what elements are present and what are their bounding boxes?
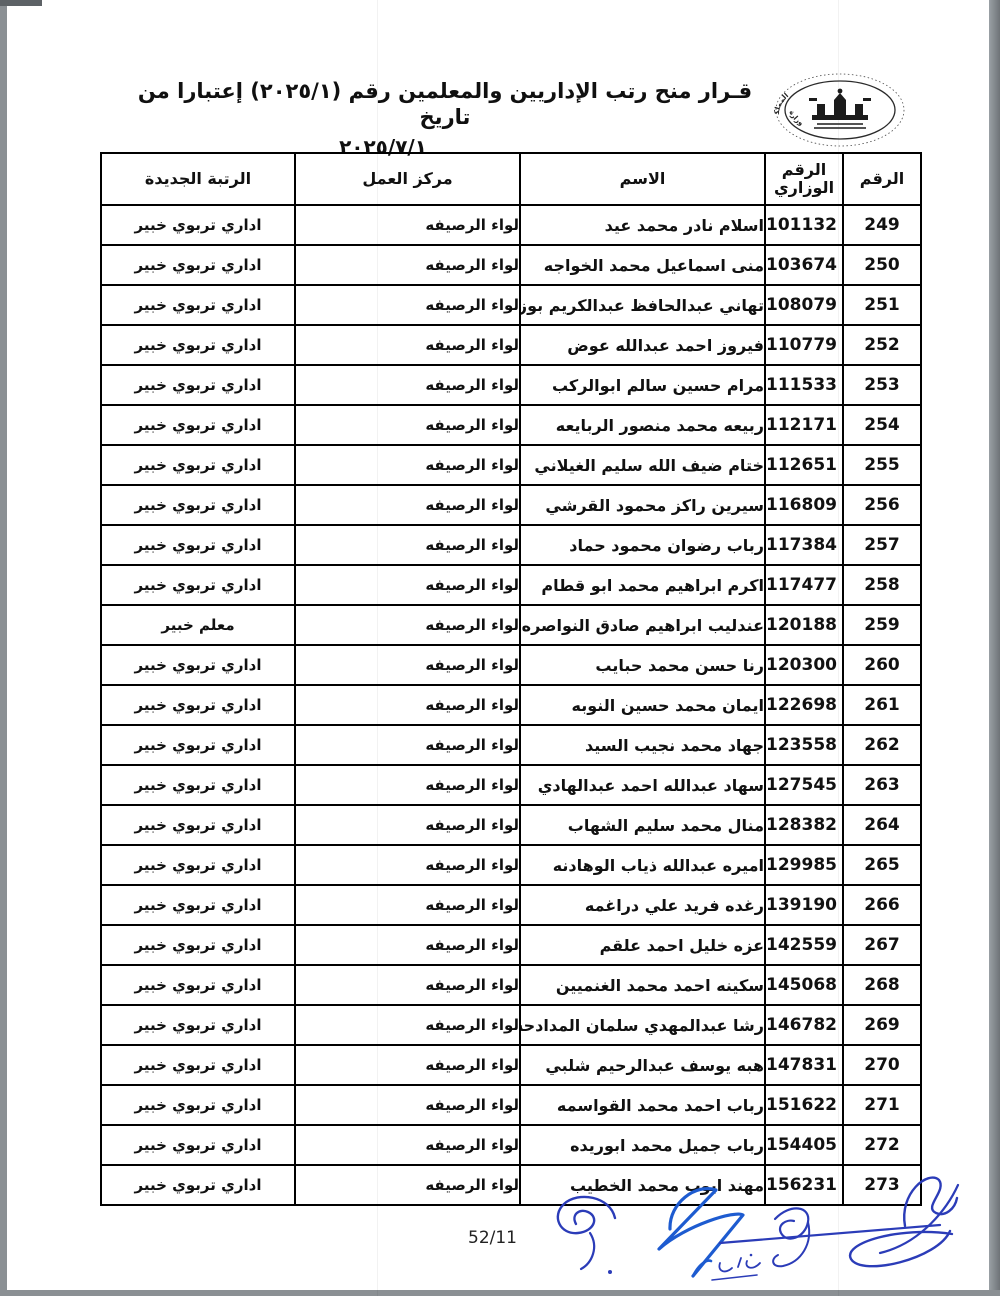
name-cell: سيرين راكز محمود القرشي — [520, 485, 765, 525]
header-row-number: الرقم — [843, 153, 921, 205]
work-center-cell: لواء الرصيفه — [295, 725, 520, 765]
work-center-cell: لواء الرصيفه — [295, 525, 520, 565]
new-rank-cell: اداري تربوي خبير — [101, 725, 295, 765]
name-cell: جهاد محمد نجيب السيد — [520, 725, 765, 765]
name-cell: اكرم ابراهيم محمد ابو قطام — [520, 565, 765, 605]
ministry-number-cell: 112651 — [765, 445, 843, 485]
table-row: 249 101132 اسلام نادر محمد عيد لواء الرص… — [101, 205, 921, 245]
ministry-number-cell: 123558 — [765, 725, 843, 765]
page-edge-right — [989, 0, 1000, 1296]
row-number-cell: 255 — [843, 445, 921, 485]
row-number-cell: 254 — [843, 405, 921, 445]
work-center-cell: لواء الرصيفه — [295, 1045, 520, 1085]
new-rank-cell: اداري تربوي خبير — [101, 765, 295, 805]
new-rank-cell: معلم خبير — [101, 605, 295, 645]
row-number-cell: 269 — [843, 1005, 921, 1045]
new-rank-cell: اداري تربوي خبير — [101, 685, 295, 725]
new-rank-cell: اداري تربوي خبير — [101, 645, 295, 685]
row-number-cell: 260 — [843, 645, 921, 685]
new-rank-cell: اداري تربوي خبير — [101, 325, 295, 365]
row-number-cell: 270 — [843, 1045, 921, 1085]
row-number-cell: 262 — [843, 725, 921, 765]
new-rank-cell: اداري تربوي خبير — [101, 365, 295, 405]
work-center-cell: لواء الرصيفه — [295, 1005, 520, 1045]
table-row: 255 112651 ختام ضيف الله سليم الغيلاني ل… — [101, 445, 921, 485]
ministry-number-cell: 103674 — [765, 245, 843, 285]
row-number-cell: 261 — [843, 685, 921, 725]
row-number-cell: 249 — [843, 205, 921, 245]
new-rank-cell: اداري تربوي خبير — [101, 805, 295, 845]
page-number: 52/11 — [468, 1228, 517, 1248]
signature-ink — [520, 1163, 990, 1293]
document-title: قـرار منح رتب الإداريين والمعلمين رقم (٢… — [138, 79, 752, 129]
ministry-number-cell: 127545 — [765, 765, 843, 805]
name-cell: تهاني عبدالحافظ عبدالكريم بوزيه — [520, 285, 765, 325]
work-center-cell: لواء الرصيفه — [295, 805, 520, 845]
new-rank-cell: اداري تربوي خبير — [101, 405, 295, 445]
row-number-cell: 252 — [843, 325, 921, 365]
table-row: 263 127545 سهاد عبدالله احمد عبدالهادي ل… — [101, 765, 921, 805]
row-number-cell: 263 — [843, 765, 921, 805]
new-rank-cell: اداري تربوي خبير — [101, 845, 295, 885]
name-cell: رنا حسن محمد حبايب — [520, 645, 765, 685]
name-cell: عندليب ابراهيم صادق النواصره — [520, 605, 765, 645]
work-center-cell: لواء الرصيفه — [295, 485, 520, 525]
table-row: 260 120300 رنا حسن محمد حبايب لواء الرصي… — [101, 645, 921, 685]
table-row: 266 139190 رغده فريد علي دراغمه لواء الر… — [101, 885, 921, 925]
work-center-cell: لواء الرصيفه — [295, 565, 520, 605]
work-center-cell: لواء الرصيفه — [295, 765, 520, 805]
new-rank-cell: اداري تربوي خبير — [101, 245, 295, 285]
new-rank-cell: اداري تربوي خبير — [101, 885, 295, 925]
new-rank-cell: اداري تربوي خبير — [101, 925, 295, 965]
name-cell: رشا عبدالمهدي سلمان المدادحه — [520, 1005, 765, 1045]
new-rank-cell: اداري تربوي خبير — [101, 965, 295, 1005]
row-number-cell: 259 — [843, 605, 921, 645]
header-name: الاسم — [520, 153, 765, 205]
ministry-number-cell: 120188 — [765, 605, 843, 645]
table-row: 254 112171 ربيعه محمد منصور الربايعه لوا… — [101, 405, 921, 445]
work-center-cell: لواء الرصيفه — [295, 925, 520, 965]
ministry-number-cell: 112171 — [765, 405, 843, 445]
row-number-cell: 253 — [843, 365, 921, 405]
ministry-number-cell: 122698 — [765, 685, 843, 725]
ministry-number-cell: 142559 — [765, 925, 843, 965]
table-row: 269 146782 رشا عبدالمهدي سلمان المدادحه … — [101, 1005, 921, 1045]
row-number-cell: 251 — [843, 285, 921, 325]
ministry-number-cell: 128382 — [765, 805, 843, 845]
ministry-number-cell: 154405 — [765, 1125, 843, 1165]
table-row: 252 110779 فيروز احمد عبدالله عوض لواء ا… — [101, 325, 921, 365]
table-body: 249 101132 اسلام نادر محمد عيد لواء الرص… — [101, 205, 921, 1205]
row-number-cell: 267 — [843, 925, 921, 965]
name-cell: رباب رضوان محمود حماد — [520, 525, 765, 565]
table-row: 265 129985 اميره عبدالله ذياب الوهادنه ل… — [101, 845, 921, 885]
ministry-number-cell: 145068 — [765, 965, 843, 1005]
name-cell: رباب احمد محمد القواسمه — [520, 1085, 765, 1125]
row-number-cell: 258 — [843, 565, 921, 605]
name-cell: اسلام نادر محمد عيد — [520, 205, 765, 245]
row-number-cell: 268 — [843, 965, 921, 1005]
table-row: 272 154405 رباب جميل محمد ابوريده لواء ا… — [101, 1125, 921, 1165]
table-row: 270 147831 هبه يوسف عبدالرحيم شلبي لواء … — [101, 1045, 921, 1085]
table-row: 258 117477 اكرم ابراهيم محمد ابو قطام لو… — [101, 565, 921, 605]
work-center-cell: لواء الرصيفه — [295, 365, 520, 405]
name-cell: اميره عبدالله ذياب الوهادنه — [520, 845, 765, 885]
new-rank-cell: اداري تربوي خبير — [101, 1005, 295, 1045]
name-cell: سكينه احمد محمد الغنميين — [520, 965, 765, 1005]
row-number-cell: 250 — [843, 245, 921, 285]
name-cell: منى اسماعيل محمد الخواجه — [520, 245, 765, 285]
name-cell: رباب جميل محمد ابوريده — [520, 1125, 765, 1165]
work-center-cell: لواء الرصيفه — [295, 205, 520, 245]
work-center-cell: لواء الرصيفه — [295, 1085, 520, 1125]
new-rank-cell: اداري تربوي خبير — [101, 1165, 295, 1205]
work-center-cell: لواء الرصيفه — [295, 605, 520, 645]
table-row: 268 145068 سكينه احمد محمد الغنميين لواء… — [101, 965, 921, 1005]
table-row: 259 120188 عندليب ابراهيم صادق النواصره … — [101, 605, 921, 645]
name-cell: سهاد عبدالله احمد عبدالهادي — [520, 765, 765, 805]
ministry-number-cell: 110779 — [765, 325, 843, 365]
name-cell: منال محمد سليم الشهاب — [520, 805, 765, 845]
new-rank-cell: اداري تربوي خبير — [101, 1085, 295, 1125]
ministry-number-cell: 147831 — [765, 1045, 843, 1085]
ministry-number-cell: 151622 — [765, 1085, 843, 1125]
table-row: 256 116809 سيرين راكز محمود القرشي لواء … — [101, 485, 921, 525]
page-edge-left — [0, 0, 7, 1296]
ministry-number-cell: 117477 — [765, 565, 843, 605]
work-center-cell: لواء الرصيفه — [295, 405, 520, 445]
work-center-cell: لواء الرصيفه — [295, 885, 520, 925]
table-row: 267 142559 عزه خليل احمد علقم لواء الرصي… — [101, 925, 921, 965]
document-title-block: قـرار منح رتب الإداريين والمعلمين رقم (٢… — [120, 78, 770, 160]
ministry-number-cell: 101132 — [765, 205, 843, 245]
table-row: 261 122698 ايمان محمد حسين النوبه لواء ا… — [101, 685, 921, 725]
emblem-ring-text-top: المملكة الاردنية الهاشمية — [765, 68, 790, 116]
ministry-number-cell: 146782 — [765, 1005, 843, 1045]
emblem-crown — [809, 89, 871, 120]
svg-text:المملكة الاردنية الهاشمية: المملكة الاردنية الهاشمية — [765, 68, 790, 116]
work-center-cell: لواء الرصيفه — [295, 325, 520, 365]
new-rank-cell: اداري تربوي خبير — [101, 445, 295, 485]
name-cell: ايمان محمد حسين النوبه — [520, 685, 765, 725]
ministry-number-cell: 116809 — [765, 485, 843, 525]
table-row: 264 128382 منال محمد سليم الشهاب لواء ال… — [101, 805, 921, 845]
ministry-emblem-icon: المملكة الاردنية الهاشمية وزارة التربية … — [765, 68, 915, 152]
new-rank-cell: اداري تربوي خبير — [101, 1045, 295, 1085]
work-center-cell: لواء الرصيفه — [295, 685, 520, 725]
table-row: 253 111533 مرام حسين سالم ابوالركب لواء … — [101, 365, 921, 405]
new-rank-cell: اداري تربوي خبير — [101, 525, 295, 565]
row-number-cell: 264 — [843, 805, 921, 845]
table-row: 257 117384 رباب رضوان محمود حماد لواء ال… — [101, 525, 921, 565]
ministry-number-cell: 129985 — [765, 845, 843, 885]
ministry-number-cell: 139190 — [765, 885, 843, 925]
row-number-cell: 266 — [843, 885, 921, 925]
row-number-cell: 257 — [843, 525, 921, 565]
table-row: 271 151622 رباب احمد محمد القواسمه لواء … — [101, 1085, 921, 1125]
header-new-rank: الرتبة الجديدة — [101, 153, 295, 205]
name-cell: فيروز احمد عبدالله عوض — [520, 325, 765, 365]
name-cell: رغده فريد علي دراغمه — [520, 885, 765, 925]
new-rank-cell: اداري تربوي خبير — [101, 205, 295, 245]
name-cell: هبه يوسف عبدالرحيم شلبي — [520, 1045, 765, 1085]
new-rank-cell: اداري تربوي خبير — [101, 1125, 295, 1165]
work-center-cell: لواء الرصيفه — [295, 645, 520, 685]
work-center-cell: لواء الرصيفه — [295, 445, 520, 485]
work-center-cell: لواء الرصيفه — [295, 1165, 520, 1205]
new-rank-cell: اداري تربوي خبير — [101, 485, 295, 525]
work-center-cell: لواء الرصيفه — [295, 845, 520, 885]
row-number-cell: 256 — [843, 485, 921, 525]
name-cell: ربيعه محمد منصور الربايعه — [520, 405, 765, 445]
table-header: الرقم الرقم الوزاري الاسم مركز العمل الر… — [101, 153, 921, 205]
work-center-cell: لواء الرصيفه — [295, 965, 520, 1005]
work-center-cell: لواء الرصيفه — [295, 1125, 520, 1165]
ministry-number-cell: 111533 — [765, 365, 843, 405]
header-work-center: مركز العمل — [295, 153, 520, 205]
scanned-document-page: { "page": { "title": "قـرار منح رتب الإد… — [0, 0, 1000, 1296]
table-row: 250 103674 منى اسماعيل محمد الخواجه لواء… — [101, 245, 921, 285]
ministry-number-cell: 108079 — [765, 285, 843, 325]
header-ministry-number: الرقم الوزاري — [765, 153, 843, 205]
work-center-cell: لواء الرصيفه — [295, 285, 520, 325]
promotions-table: الرقم الرقم الوزاري الاسم مركز العمل الر… — [100, 152, 922, 1206]
new-rank-cell: اداري تربوي خبير — [101, 285, 295, 325]
table-row: 251 108079 تهاني عبدالحافظ عبدالكريم بوز… — [101, 285, 921, 325]
ministry-number-cell: 120300 — [765, 645, 843, 685]
name-cell: مرام حسين سالم ابوالركب — [520, 365, 765, 405]
row-number-cell: 271 — [843, 1085, 921, 1125]
ministry-number-cell: 117384 — [765, 525, 843, 565]
new-rank-cell: اداري تربوي خبير — [101, 565, 295, 605]
table-row: 262 123558 جهاد محمد نجيب السيد لواء الر… — [101, 725, 921, 765]
page-edge-corner — [0, 0, 42, 6]
name-cell: عزه خليل احمد علقم — [520, 925, 765, 965]
name-cell: ختام ضيف الله سليم الغيلاني — [520, 445, 765, 485]
row-number-cell: 265 — [843, 845, 921, 885]
work-center-cell: لواء الرصيفه — [295, 245, 520, 285]
row-number-cell: 272 — [843, 1125, 921, 1165]
